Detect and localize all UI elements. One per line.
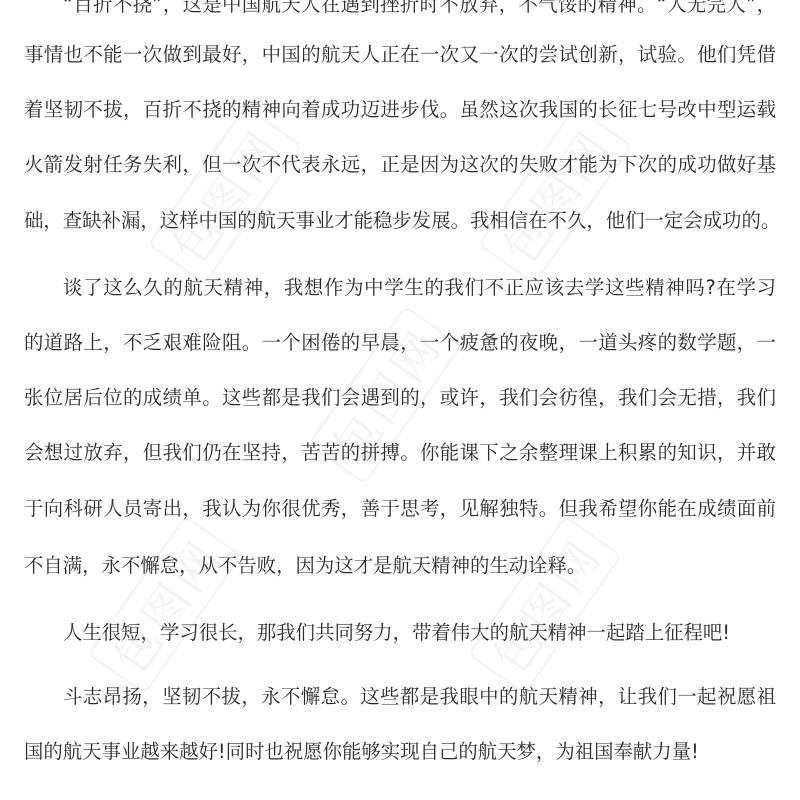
paragraph-1-line-3: 着坚韧不拔，百折不挠的精神向着成功迈进步伐。虽然这次我国的长征七号改中型运载	[24, 97, 776, 123]
watermark: 包图网	[88, 515, 243, 694]
paragraph-4-line-1: 斗志昂扬，坚韧不拔，永不懈怠。这些都是我眼中的航天精神，让我们一起祝愿祖	[63, 684, 776, 710]
paragraph-2-line-2: 的道路上，不乏艰难险阻。一个困倦的早晨，一个疲惫的夜晚，一道头疼的数学题，一	[24, 330, 776, 356]
watermark: 包图网	[468, 515, 623, 694]
paragraph-1-line-1: “百折不挠”，这是中国航天人在遇到挫折时不放弃，不气馁的精神。“人无完人”，	[63, 0, 776, 18]
paragraph-2-line-6: 不自满，永不懈怠，从不告败，因为这才是航天精神的生动诠释。	[24, 553, 776, 579]
paragraph-3-line-1: 人生很短，学习很长，那我们共同努力，带着伟大的航天精神一起踏上征程吧!	[63, 620, 776, 646]
paragraph-2-line-4: 会想过放弃，但我们仍在坚持，苦苦的拼搏。你能课下之余整理课上积累的知识，并敢	[24, 440, 776, 466]
paragraph-2-line-3: 张位居后位的成绩单。这些都是我们会遇到的，或许，我们会彷徨，我们会无措，我们	[24, 385, 776, 411]
paragraph-2-line-1: 谈了这么久的航天精神，我想作为中学生的我们不正应该去学这些精神吗?在学习	[63, 275, 776, 301]
watermark: 包图网	[148, 105, 303, 284]
document-page: 包图网 包图网 包图网 包图网 包图网 “百折不挠”，这是中国航天人在遇到挫折时…	[0, 0, 800, 800]
paragraph-1-line-4: 火箭发射任务失利，但一次不代表永远，正是因为这次的失败才能为下次的成功做好基	[24, 152, 776, 178]
paragraph-1-line-2: 事情也不能一次做到最好，中国的航天人正在一次又一次的尝试创新，试验。他们凭借	[24, 42, 776, 68]
paragraph-1-line-5: 础，查缺补漏，这样中国的航天事业才能稳步发展。我相信在不久，他们一定会成功的。	[24, 208, 776, 234]
paragraph-2-line-5: 于向科研人员寄出，我认为你很优秀，善于思考，见解独特。但我希望你能在成绩面前	[24, 496, 776, 522]
paragraph-4-line-2: 国的航天事业越来越好!同时也祝愿你能够实现自己的航天梦，为祖国奉献力量!	[24, 739, 776, 765]
watermark: 包图网	[478, 105, 633, 284]
